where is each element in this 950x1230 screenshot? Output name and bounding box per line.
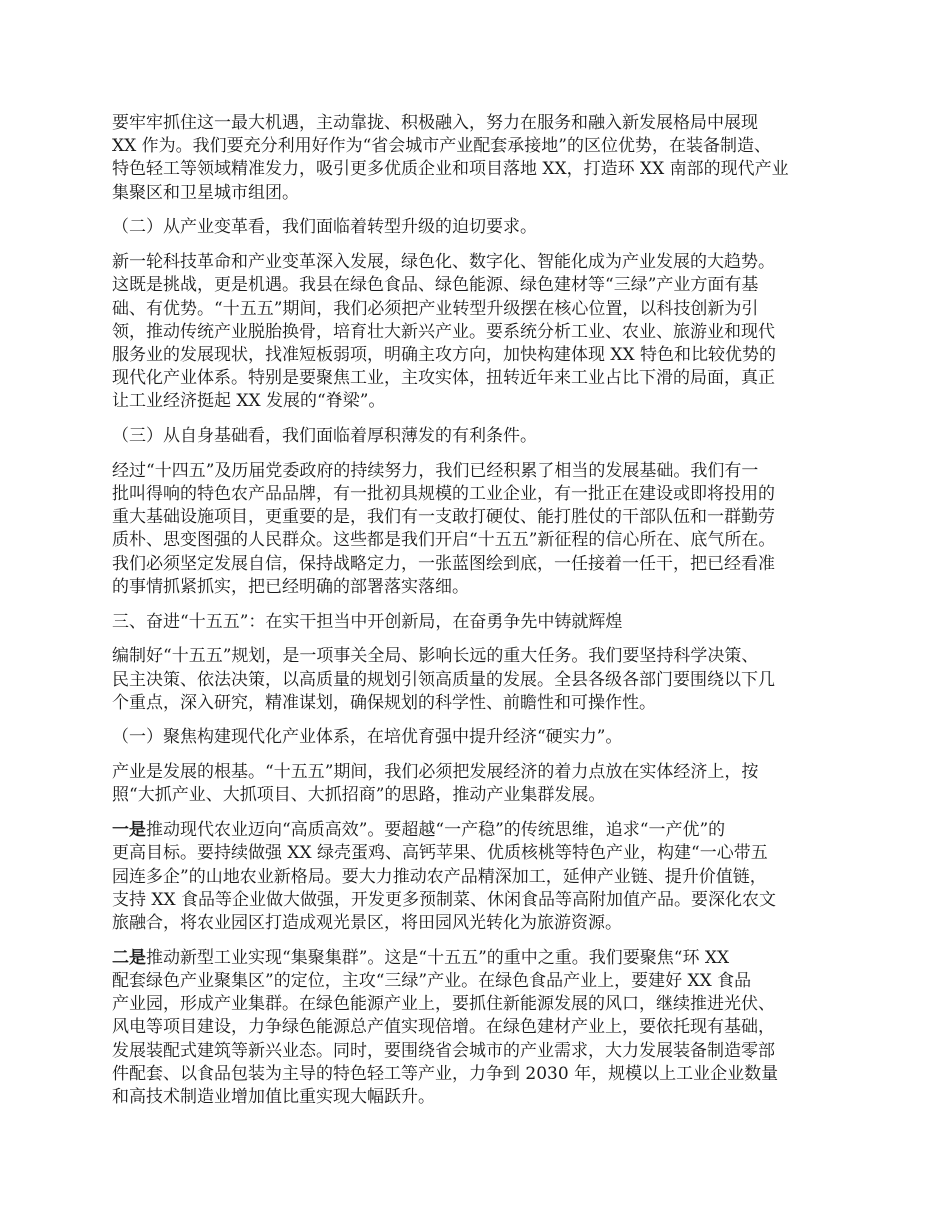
text-line: 新一轮科技革命和产业变革深入发展，绿色化、数字化、智能化成为产业发展的大趋势。: [112, 251, 842, 274]
text-line: 个重点，深入研究，精准谋划，确保规划的科学性、前瞻性和可操作性。: [112, 692, 842, 715]
text-line: 旅融合，将农业园区打造成观光景区，将田园风光转化为旅游资源。: [112, 912, 842, 935]
text-line: 经过“十四五”及历届党委政府的持续努力，我们已经积累了相当的发展基础。我们有一: [112, 460, 842, 483]
document-page: 要牢牢抓住这一最大机遇，主动靠拢、积极融入，努力在服务和融入新发展格局中展现 X…: [112, 112, 842, 1121]
text-line: 一是推动现代农业迈向“高质高效”。要超越“一产稳”的传统思维，追求“一产优”的: [112, 819, 842, 842]
section-heading-industry-system: （一）聚焦构建现代化产业体系，在培优育强中提升经济“硬实力”。: [112, 726, 842, 749]
chapter-heading-three: 三、奋进“十五五”：在实干担当中开创新局，在奋勇争先中铸就辉煌: [112, 611, 842, 634]
text-segment: 推动新型工业实现“集聚集群”。这是“十五五”的重中之重。我们要聚焦“环 XX: [146, 948, 729, 968]
text-line: 要牢牢抓住这一最大机遇，主动靠拢、积极融入，努力在服务和融入新发展格局中展现: [112, 112, 842, 135]
text-line: 和高技术制造业增加值比重实现大幅跃升。: [112, 1086, 842, 1109]
text-line: 编制好“十五五”规划，是一项事关全局、影响长远的重大任务。我们要坚持科学决策、: [112, 645, 842, 668]
text-segment: 推动现代农业迈向“高质高效”。要超越“一产稳”的传统思维，追求“一产优”的: [146, 820, 725, 840]
text-line: 产业园，形成产业集群。在绿色能源产业上，要抓住新能源发展的风口，继续推进光伏、: [112, 993, 842, 1016]
paragraph-industrial-change: 新一轮科技革命和产业变革深入发展，绿色化、数字化、智能化成为产业发展的大趋势。 …: [112, 251, 842, 413]
text-line: 特色轻工等领域精准发力，吸引更多优质企业和项目落地 XX，打造环 XX 南部的现…: [112, 158, 842, 181]
text-line: 集聚区和卫星城市组团。: [112, 182, 842, 205]
paragraph-own-foundation: 经过“十四五”及历届党委政府的持续努力，我们已经积累了相当的发展基础。我们有一 …: [112, 460, 842, 599]
paragraph-intro-continued: 要牢牢抓住这一最大机遇，主动靠拢、积极融入，努力在服务和融入新发展格局中展现 X…: [112, 112, 842, 205]
text-line: XX 作为。我们要充分利用好作为“省会城市产业配套承接地”的区位优势，在装备制造…: [112, 135, 842, 158]
text-line: 批叫得响的特色农产品品牌，有一批初具规模的工业企业，有一批正在建设或即将投用的: [112, 483, 842, 506]
text-line: 风电等项目建设，力争绿色能源总产值实现倍增。在绿色建材产业上，要依托现有基础，: [112, 1016, 842, 1039]
paragraph-point-one-agriculture: 一是推动现代农业迈向“高质高效”。要超越“一产稳”的传统思维，追求“一产优”的 …: [112, 819, 842, 935]
heading-line: （一）聚焦构建现代化产业体系，在培优育强中提升经济“硬实力”。: [112, 726, 842, 749]
text-line: 更高目标。要持续做强 XX 绿壳蛋鸡、高钙苹果、优质核桃等特色产业，构建“一心带…: [112, 842, 842, 865]
text-line: 的事情抓紧抓实，把已经明确的部署落实落细。: [112, 576, 842, 599]
section-heading-industrial-change: （二）从产业变革看，我们面临着转型升级的迫切要求。: [112, 216, 842, 239]
text-line: 我们必须坚定发展自信，保持战略定力，一张蓝图绘到底，一任接着一任干，把已经看准: [112, 553, 842, 576]
heading-line: （三）从自身基础看，我们面临着厚积薄发的有利条件。: [112, 425, 842, 448]
paragraph-industry-foundation: 产业是发展的根基。“十五五”期间，我们必须把发展经济的着力点放在实体经济上，按 …: [112, 761, 842, 807]
text-line: 服务业的发展现状，找准短板弱项，明确主攻方向，加快构建体现 XX 特色和比较优势…: [112, 344, 842, 367]
text-line: 园连多企”的山地农业新格局。要大力推动农产品精深加工，延伸产业链、提升价值链，: [112, 866, 842, 889]
text-line: 质朴、思变图强的人民群众。这些都是我们开启“十五五”新征程的信心所在、底气所在。: [112, 529, 842, 552]
paragraph-point-two-industry: 二是推动新型工业实现“集聚集群”。这是“十五五”的重中之重。我们要聚焦“环 XX…: [112, 947, 842, 1109]
text-line: 件配套、以食品包装为主导的特色轻工等产业，力争到 2030 年，规模以上工业企业…: [112, 1063, 842, 1086]
text-line: 现代化产业体系。特别是要聚焦工业，主攻实体，扭转近年来工业占比下滑的局面，真正: [112, 367, 842, 390]
section-heading-own-foundation: （三）从自身基础看，我们面临着厚积薄发的有利条件。: [112, 425, 842, 448]
text-line: 产业是发展的根基。“十五五”期间，我们必须把发展经济的着力点放在实体经济上，按: [112, 761, 842, 784]
paragraph-planning: 编制好“十五五”规划，是一项事关全局、影响长远的重大任务。我们要坚持科学决策、 …: [112, 645, 842, 715]
text-line: 重大基础设施项目，更重要的是，我们有一支敢打硬仗、能打胜仗的干部队伍和一群勤劳: [112, 506, 842, 529]
text-line: 二是推动新型工业实现“集聚集群”。这是“十五五”的重中之重。我们要聚焦“环 XX: [112, 947, 842, 970]
text-line: 配套绿色产业聚集区”的定位，主攻“三绿”产业。在绿色食品产业上，要建好 XX 食…: [112, 970, 842, 993]
text-line: 让工业经济挺起 XX 发展的“脊梁”。: [112, 390, 842, 413]
text-line: 领，推动传统产业脱胎换骨，培育壮大新兴产业。要系统分析工业、农业、旅游业和现代: [112, 321, 842, 344]
text-line: 照“大抓产业、大抓项目、大抓招商”的思路，推动产业集群发展。: [112, 784, 842, 807]
text-line: 支持 XX 食品等企业做大做强，开发更多预制菜、休闲食品等高附加值产品。要深化农…: [112, 889, 842, 912]
text-line: 发展装配式建筑等新兴业态。同时，要围绕省会城市的产业需求，大力发展装备制造零部: [112, 1040, 842, 1063]
heading-line: 三、奋进“十五五”：在实干担当中开创新局，在奋勇争先中铸就辉煌: [112, 611, 842, 634]
text-line: 础、有优势。“十五五”期间，我们必须把产业转型升级摆在核心位置，以科技创新为引: [112, 298, 842, 321]
text-line: 民主决策、依法决策，以高质量的规划引领高质量的发展。全县各级各部门要围绕以下几: [112, 669, 842, 692]
lead-label: 二是: [112, 948, 146, 968]
lead-label: 一是: [112, 820, 146, 840]
heading-line: （二）从产业变革看，我们面临着转型升级的迫切要求。: [112, 216, 842, 239]
text-line: 这既是挑战，更是机遇。我县在绿色食品、绿色能源、绿色建材等“三绿”产业方面有基: [112, 274, 842, 297]
